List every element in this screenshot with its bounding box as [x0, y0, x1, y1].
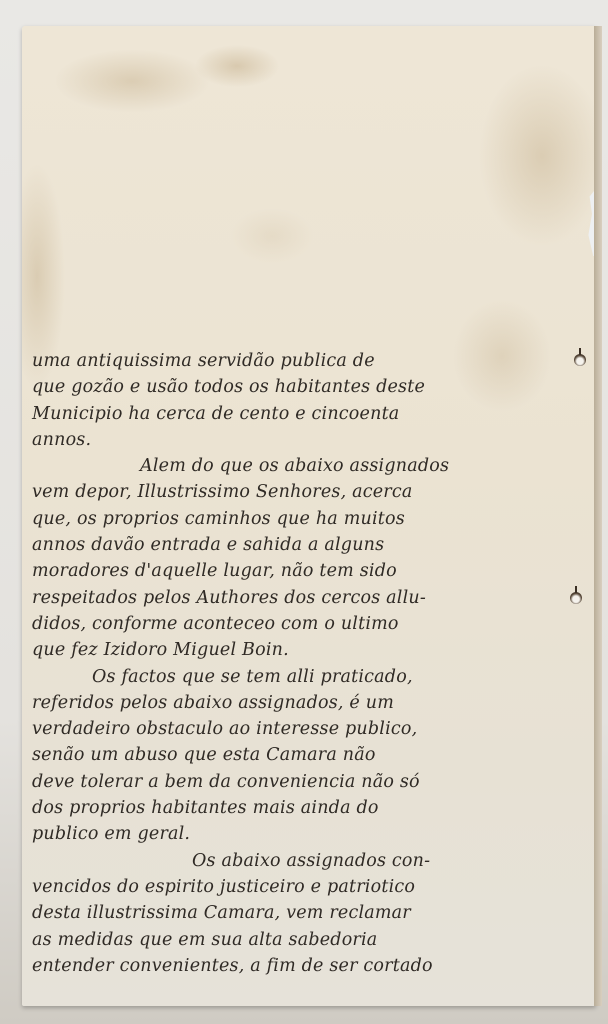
text-line: vem depor, Illustrissimo Senhores, acerc…	[32, 479, 472, 505]
handwritten-text: uma antiquissima servidão publica de que…	[32, 348, 472, 979]
text-line: que, os proprios caminhos que ha muitos	[32, 506, 472, 532]
text-line: senão um abuso que esta Camara não	[32, 742, 472, 768]
text-line: desta illustrissima Camara, vem reclamar	[32, 900, 472, 926]
text-line: referidos pelos abaixo assignados, é um	[32, 690, 472, 716]
binding-hole-bottom	[570, 592, 582, 604]
text-line: vencidos do espirito justiceiro e patrio…	[32, 874, 472, 900]
paragraph-start: Os factos que se tem alli praticado,	[32, 664, 472, 690]
manuscript-page: uma antiquissima servidão publica de que…	[22, 26, 596, 1006]
text-line: entender convenientes, a fim de ser cort…	[32, 953, 472, 979]
torn-edge	[586, 186, 598, 256]
text-line: annos.	[32, 427, 472, 453]
text-line: as medidas que em sua alta sabedoria	[32, 927, 472, 953]
text-line: annos davão entrada e sahida a alguns	[32, 532, 472, 558]
text-line: publico em geral.	[32, 821, 472, 847]
text-line: que fez Izidoro Miguel Boin.	[32, 637, 472, 663]
binding-hole-top	[574, 354, 586, 366]
text-line: dos proprios habitantes mais ainda do	[32, 795, 472, 821]
text-line: respeitados pelos Authores dos cercos al…	[32, 585, 472, 611]
paragraph-start: Os abaixo assignados con-	[32, 848, 472, 874]
paragraph-start: Alem do que os abaixo assignados	[32, 453, 472, 479]
text-line: uma antiquissima servidão publica de	[32, 348, 472, 374]
text-line: verdadeiro obstaculo ao interesse public…	[32, 716, 472, 742]
text-line: moradores d'aquelle lugar, não tem sido	[32, 558, 472, 584]
text-line: que gozão e usão todos os habitantes des…	[32, 374, 472, 400]
text-line: deve tolerar a bem da conveniencia não s…	[32, 769, 472, 795]
text-line: didos, conforme aconteceo com o ultimo	[32, 611, 472, 637]
text-line: Municipio ha cerca de cento e cincoenta	[32, 401, 472, 427]
